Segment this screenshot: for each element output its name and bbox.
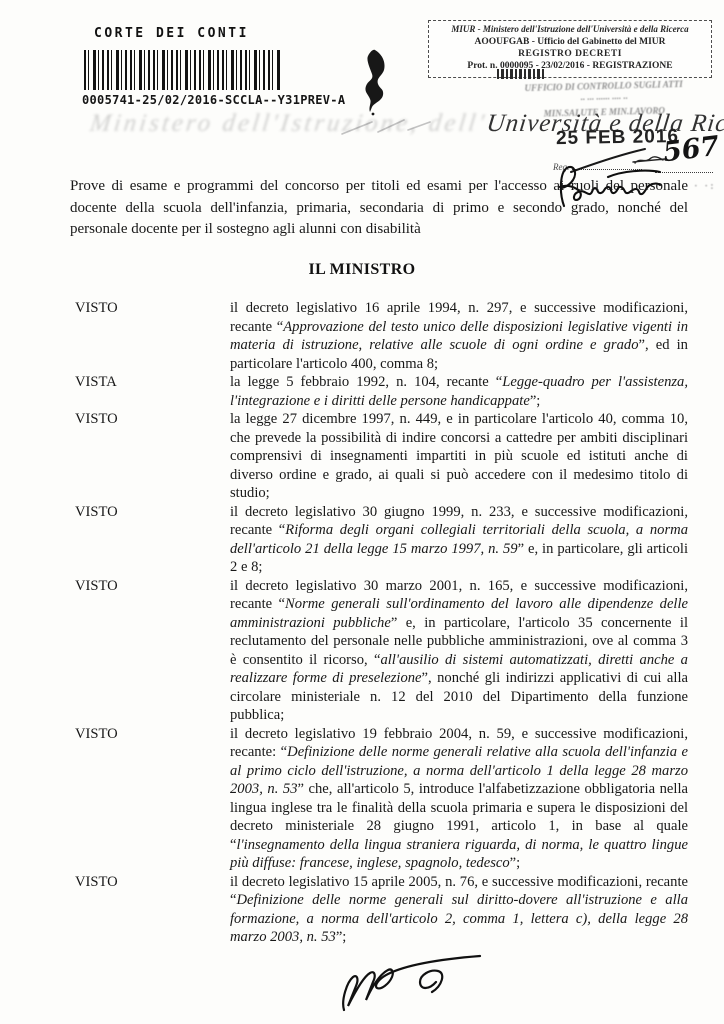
stamp-line: Prot. n. 0000095 - 23/02/2016 - REGISTRA… bbox=[431, 60, 709, 72]
recital-label: VISTO bbox=[75, 873, 230, 892]
recital-label: VISTO bbox=[75, 725, 230, 744]
recital-label: VISTO bbox=[75, 577, 230, 596]
decree-heading: IL MINISTRO bbox=[0, 261, 724, 279]
recital-text: il decreto legislativo 15 aprile 2005, n… bbox=[230, 873, 688, 947]
recital-text: la legge 27 dicembre 1997, n. 449, e in … bbox=[230, 410, 688, 503]
recital-label: VISTA bbox=[75, 373, 230, 392]
barcode-number: 0005741-25/02/2016-SCCLA--Y31PREV-A bbox=[82, 93, 345, 107]
recital-text: il decreto legislativo 30 marzo 2001, n.… bbox=[230, 577, 688, 725]
recital-row: VISTOil decreto legislativo 30 giugno 19… bbox=[75, 503, 688, 577]
stamp-line: AOOUFGAB - Ufficio del Gabinetto del MIU… bbox=[431, 36, 709, 48]
scanned-decree-page: CORTE DEI CONTI 0005741-25/02/2016-SCCLA… bbox=[0, 0, 724, 1024]
recitals: VISTOil decreto legislativo 16 aprile 19… bbox=[75, 299, 688, 947]
recital-row: VISTOil decreto legislativo 16 aprile 19… bbox=[75, 299, 688, 373]
recital-row: VISTOil decreto legislativo 19 febbraio … bbox=[75, 725, 688, 873]
recital-text: il decreto legislativo 16 aprile 1994, n… bbox=[230, 299, 688, 373]
recital-label: VISTO bbox=[75, 410, 230, 429]
recital-label: VISTO bbox=[75, 299, 230, 318]
recital-row: VISTOla legge 27 dicembre 1997, n. 449, … bbox=[75, 410, 688, 503]
recital-row: VISTOil decreto legislativo 30 marzo 200… bbox=[75, 577, 688, 725]
recital-row: VISTAla legge 5 febbraio 1992, n. 104, r… bbox=[75, 373, 688, 410]
recital-text: la legge 5 febbraio 1992, n. 104, recant… bbox=[230, 373, 688, 410]
recital-row: VISTOil decreto legislativo 15 aprile 20… bbox=[75, 873, 688, 947]
small-barcode-icon bbox=[497, 69, 545, 79]
stamp-line: REGISTRO DECRETI bbox=[431, 48, 709, 60]
recital-label: VISTO bbox=[75, 503, 230, 522]
corte-dei-conti-label: CORTE DEI CONTI bbox=[94, 26, 249, 41]
recital-text: il decreto legislativo 19 febbraio 2004,… bbox=[230, 725, 688, 873]
decree-subject: Prove di esame e programmi del concorso … bbox=[70, 176, 688, 241]
barcode-icon bbox=[84, 50, 282, 90]
miur-registry-stamp: MIUR - Ministero dell'Istruzione dell'Un… bbox=[428, 20, 712, 78]
letterhead-faded-text: Ministero dell'Istruzione, dell' bbox=[88, 110, 488, 137]
faint-stamp-fragment: · ·: bbox=[694, 180, 716, 192]
recital-text: il decreto legislativo 30 giugno 1999, n… bbox=[230, 503, 688, 577]
paraph-icon bbox=[328, 952, 488, 1023]
stamp-line: MIUR - Ministero dell'Istruzione dell'Un… bbox=[431, 24, 709, 36]
